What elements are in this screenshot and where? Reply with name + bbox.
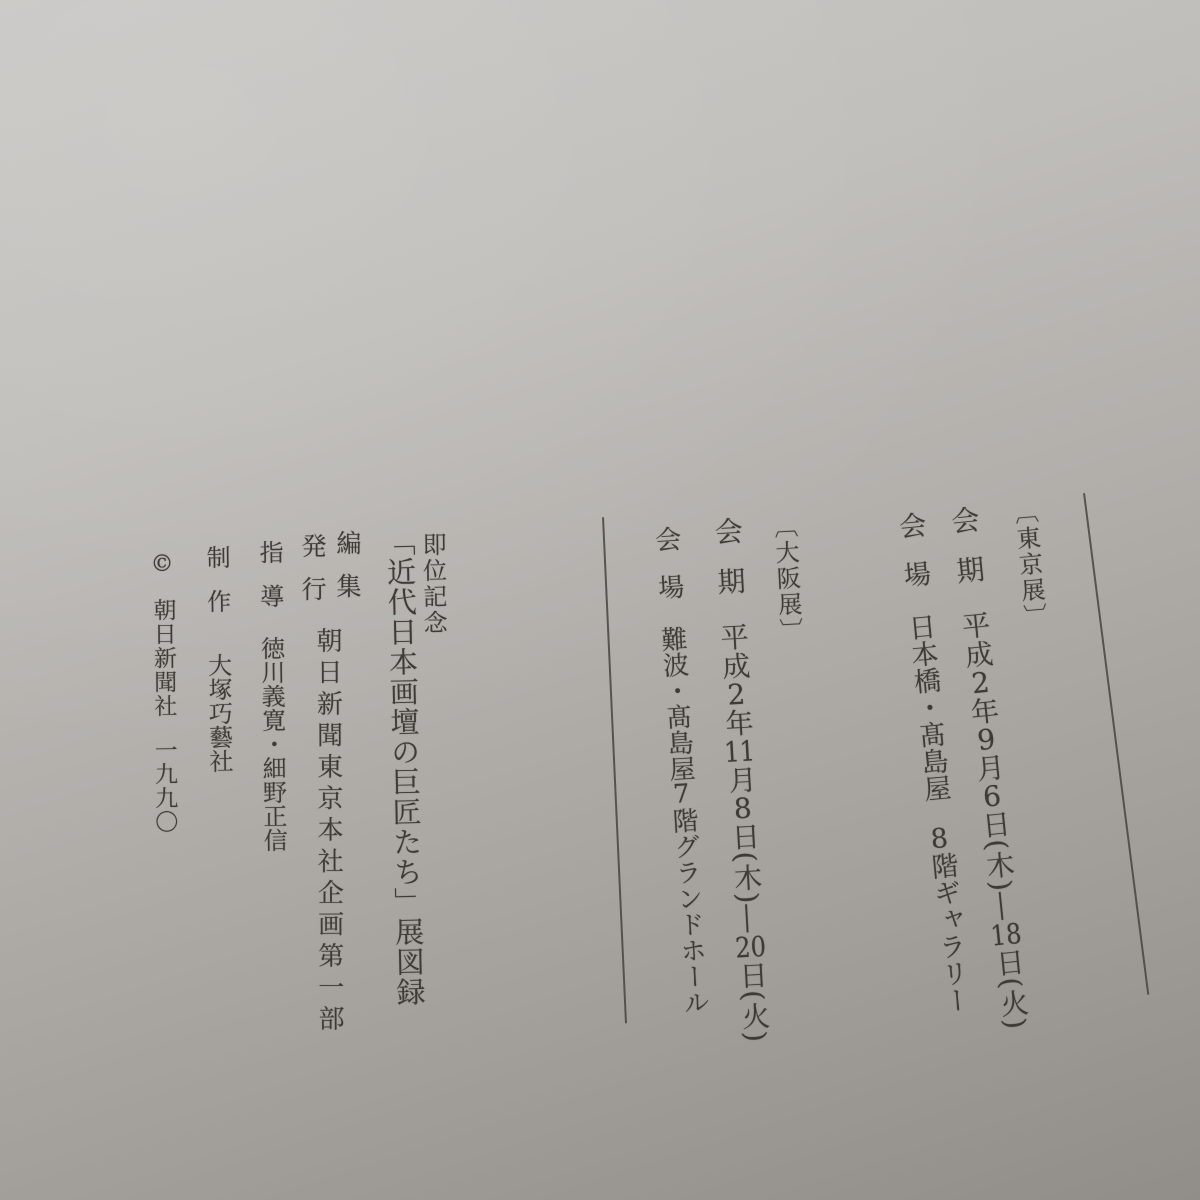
text-segment: 日本橋・髙島屋 — [903, 612, 952, 803]
osaka-venue-value: 難波・髙島屋7階グランドホール — [656, 625, 710, 1016]
text-segment: 階グランドホール — [667, 807, 710, 1016]
osaka-venue-column: 会場難波・髙島屋7階グランドホール — [647, 525, 714, 1016]
osaka-period-value: 平成2年11月8日(木)―20日(火) — [716, 622, 772, 1044]
text-segment: 日(火) — [991, 947, 1032, 1032]
supervision-label: 指導 — [255, 540, 284, 628]
osaka-section-label: 〔大阪展〕 — [766, 513, 808, 645]
text-segment: 月 — [724, 765, 759, 796]
text-segment: 8 — [923, 824, 956, 854]
text-segment: 平成 — [957, 610, 996, 671]
text-segment: 平成 — [716, 622, 752, 682]
text-segment: © — [149, 551, 175, 578]
publisher-name: 朝日新聞東京本社企画第一部 — [309, 627, 348, 1037]
osaka-venue-label: 会場 — [650, 525, 686, 623]
osaka-period-column: 会期平成2年11月8日(木)―20日(火) — [706, 516, 775, 1044]
copyright-line: ©朝日新聞社一九九〇 — [146, 551, 181, 834]
production-label: 制作 — [202, 545, 231, 633]
production-column: 制作大塚巧藝社 — [199, 545, 237, 773]
tokyo-venue-label: 会場 — [893, 511, 933, 611]
text-segment: 7 — [666, 781, 698, 809]
divider-rule-right — [1083, 493, 1149, 995]
text-segment: 日(火) — [735, 960, 773, 1044]
text-segment: 日(木)― — [977, 809, 1021, 923]
text-segment: 年 — [965, 695, 1001, 727]
text-segment: 2 — [719, 680, 754, 710]
text-segment: 9 — [968, 724, 1004, 755]
divider-rule-left — [602, 517, 627, 1024]
supervision-column: 指導徳川義寛・細野正信 — [252, 540, 291, 852]
tokyo-section-label: 〔東京展〕 — [1006, 498, 1052, 631]
text-segment: 20 — [733, 932, 768, 962]
osaka-period-label: 会期 — [710, 516, 749, 618]
text-segment: 18 — [988, 919, 1024, 950]
text-segment: 年 — [721, 708, 756, 739]
text-segment: 8 — [726, 794, 761, 824]
text-segment: 日(木)― — [727, 822, 766, 935]
text-segment: 11 — [722, 737, 757, 767]
supervisors-names: 徳川義寛・細野正信 — [256, 636, 287, 852]
text-segment: 難波・髙島屋 — [656, 625, 695, 783]
text-segment: 6 — [974, 781, 1010, 812]
text-segment: 2 — [963, 667, 999, 698]
text-segment: 一九九〇 — [151, 738, 178, 834]
colophon-page-photo: 〔東京展〕 会期平成2年9月6日(木)―18日(火) 会場日本橋・髙島屋8階ギャ… — [0, 0, 1200, 1200]
text-segment: 階ギャラリー — [925, 851, 971, 1015]
text-segment: 月 — [971, 752, 1007, 784]
tokyo-period-label: 会期 — [946, 504, 989, 607]
producer-name: 大塚巧藝社 — [204, 653, 234, 773]
text-segment: 朝日新聞社 — [149, 598, 176, 718]
edit-label: 編集 — [329, 530, 365, 616]
publish-label: 発行 — [294, 533, 330, 619]
